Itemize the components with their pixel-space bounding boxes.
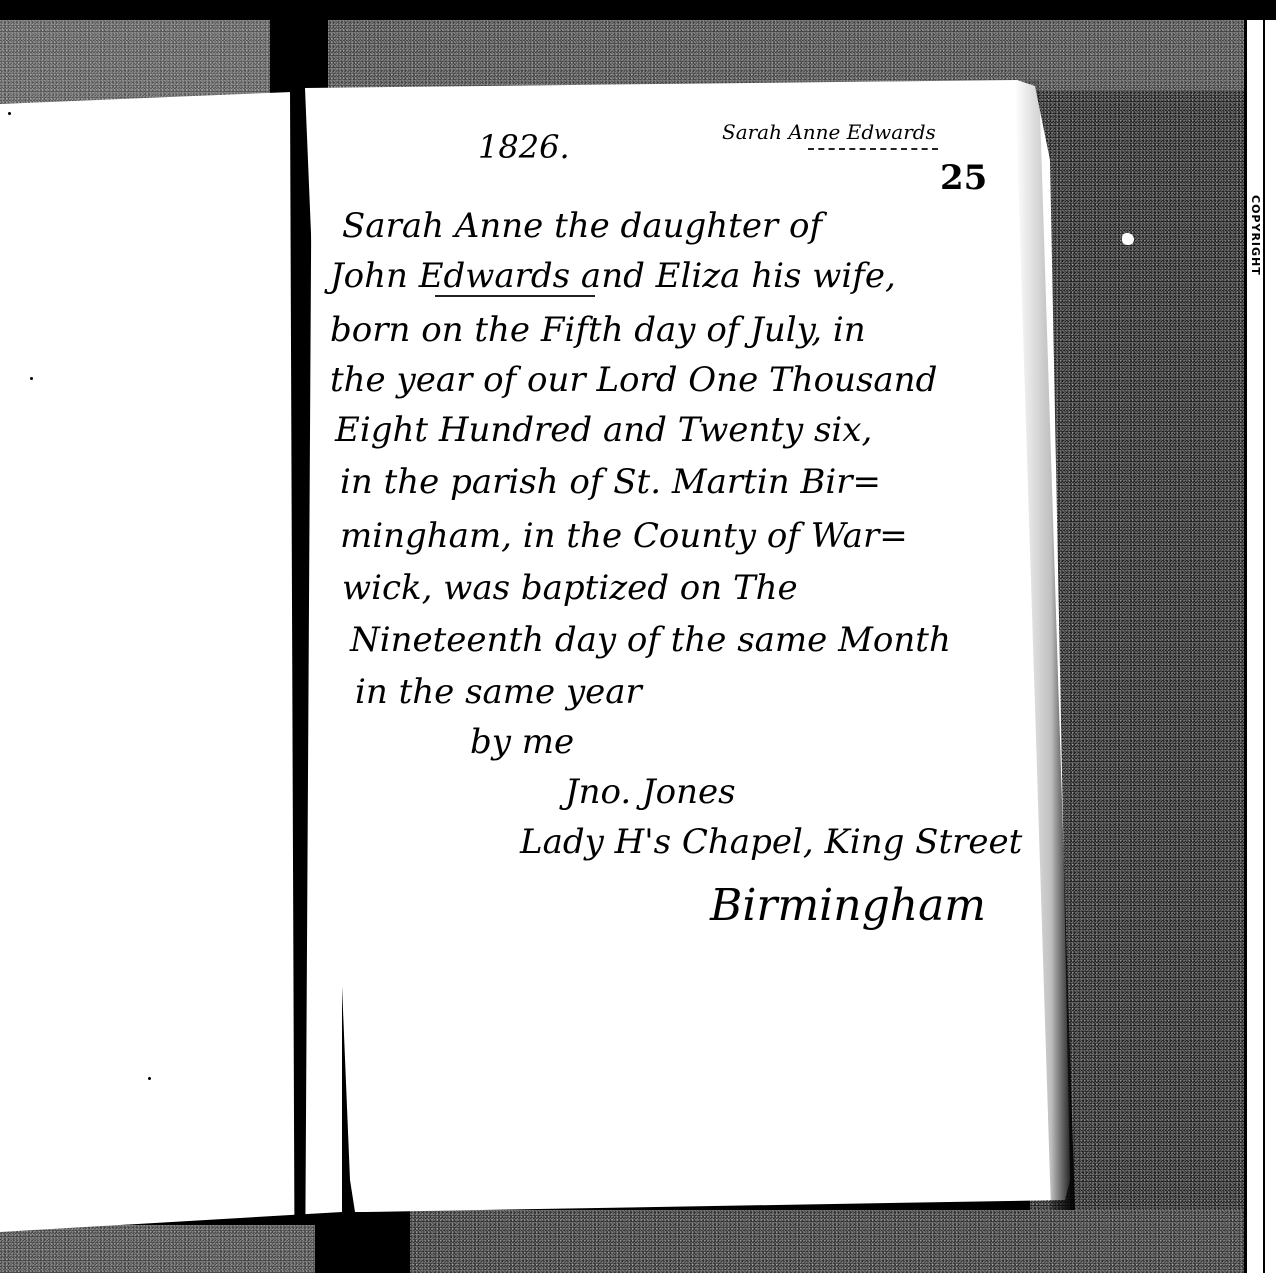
background-texture — [0, 20, 270, 105]
entry-year: 1826. — [478, 128, 570, 166]
entry-line: John Edwards and Eliza his wife, — [330, 256, 896, 296]
entry-name-header: Sarah Anne Edwards — [722, 120, 936, 144]
entry-line: born on the Fifth day of July, in — [330, 310, 866, 350]
signature-by-me: by me — [470, 722, 574, 762]
top-black-border — [0, 0, 1276, 20]
strip-divider — [1263, 20, 1265, 1273]
entry-line: wick, was baptized on The — [342, 568, 798, 608]
entry-line: in the parish of St. Martin Bir= — [340, 462, 881, 502]
page-number: 25 — [940, 158, 987, 198]
entry-line: Sarah Anne the daughter of — [342, 206, 822, 246]
background-texture — [410, 1210, 1270, 1273]
copyright-label: COPYRIGHT — [1249, 195, 1262, 276]
entry-line: in the same year — [355, 672, 642, 712]
name-underline — [808, 148, 938, 150]
entry-line: the year of our Lord One Thousand — [330, 360, 937, 400]
book-spine-top — [270, 20, 328, 90]
entry-line: Nineteenth day of the same Month — [350, 620, 951, 660]
entry-line: mingham, in the County of War= — [340, 516, 908, 556]
paper-speck — [8, 112, 11, 115]
surname-underline — [435, 295, 595, 297]
minister-signature: Jno. Jones — [565, 772, 736, 812]
paper-speck — [30, 377, 33, 380]
entry-line: Eight Hundred and Twenty six, — [335, 410, 872, 450]
background-texture — [0, 1225, 315, 1273]
book-spine-bottom — [315, 1215, 410, 1273]
chapel-location: Lady H's Chapel, King Street — [520, 822, 1022, 862]
city-signature: Birmingham — [710, 880, 986, 931]
paper-speck — [148, 1077, 151, 1080]
film-artifact — [1122, 233, 1134, 245]
